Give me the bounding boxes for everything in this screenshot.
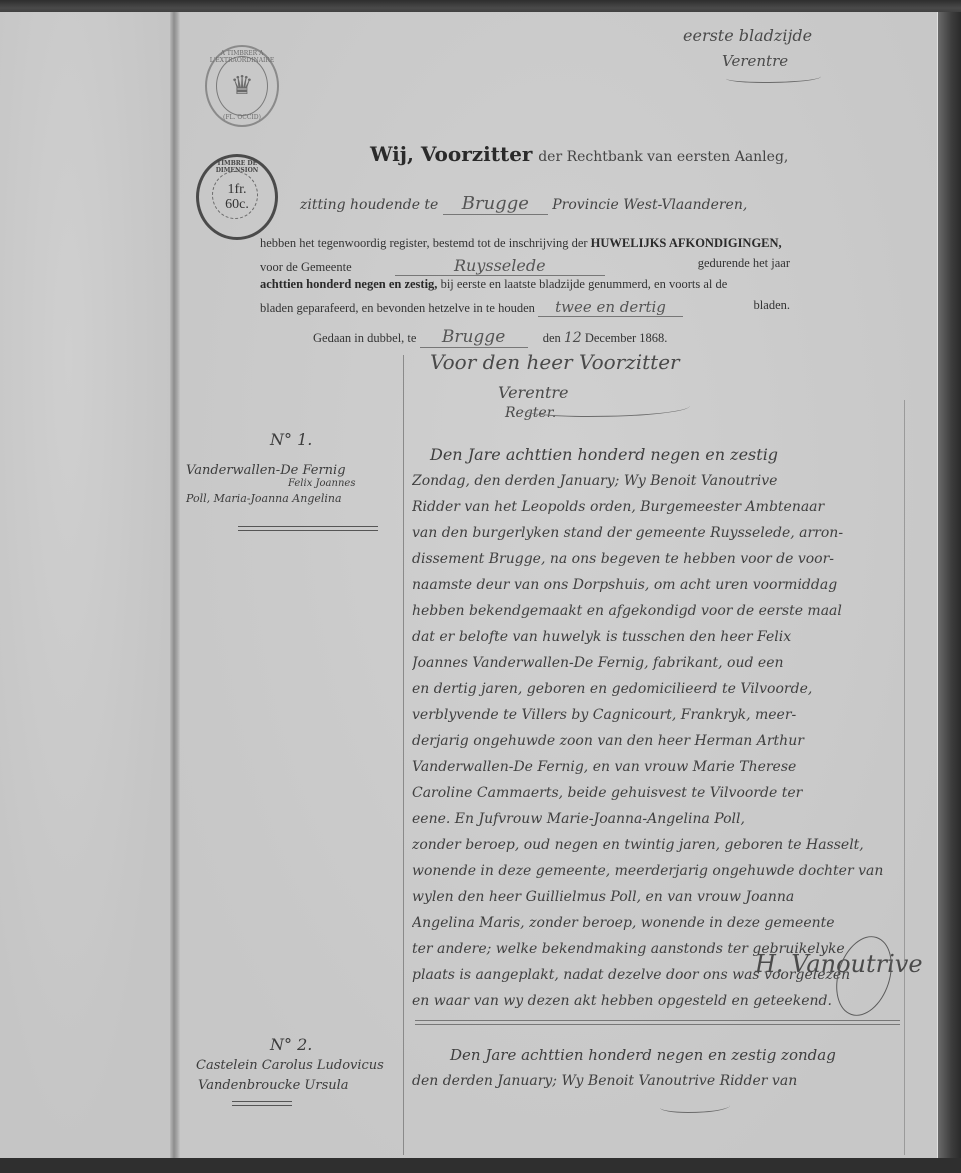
- gemeente-fill: Ruysselede: [395, 256, 605, 276]
- court-prefix: zitting houdende te: [300, 197, 438, 213]
- top-note-page-label: eerste bladzijde: [683, 26, 812, 45]
- entry-1-margin-underline: [238, 526, 378, 531]
- register-type-bold: HUWELIJKS AFKONDIGINGEN,: [591, 236, 782, 250]
- title-bold: Wij, Voorzitter: [370, 142, 532, 166]
- pages-text: bladen geparafeerd, en bevonden hetzelve…: [260, 301, 535, 315]
- entry-line: dat er belofte van huwelyk is tusschen d…: [412, 624, 902, 650]
- entry-line: Joannes Vanderwallen-De Fernig, fabrikan…: [412, 650, 902, 676]
- done-text: Gedaan in dubbel, te: [313, 331, 416, 345]
- entry-2-number: N° 2.: [270, 1035, 312, 1054]
- certificate-line-register: hebben het tegenwoordig register, bestem…: [260, 236, 782, 251]
- entry-1-text: Den Jare achttien honderd negen en zesti…: [412, 442, 902, 1014]
- entry-line: verblyvende te Villers by Cagnicourt, Fr…: [412, 702, 902, 728]
- date-text: December 1868.: [585, 331, 668, 345]
- entry-line: Angelina Maris, zonder beroep, wonende i…: [412, 910, 902, 936]
- stamp-value-centimes: 60c.: [225, 197, 249, 212]
- entry-line: Den Jare achttien honderd negen en zesti…: [412, 442, 902, 468]
- entry-1-groom-given: Felix Joannes: [288, 478, 355, 489]
- entry-line: Zondag, den derden January; Wy Benoit Va…: [412, 468, 902, 494]
- entry-line: van den burgerlyken stand der gemeente R…: [412, 520, 902, 546]
- entry-line: naamste deur van ons Dorpshuis, om acht …: [412, 572, 902, 598]
- entry-1-groom-surname: Vanderwallen-De Fernig: [186, 463, 346, 478]
- certificate-line-done: Gedaan in dubbel, te Brugge den 12 Decem…: [313, 327, 667, 348]
- top-note-signature: Verentre: [722, 52, 788, 70]
- entry-line: en dertig jaren, geboren en gedomiciliee…: [412, 676, 902, 702]
- entry-line: den derden January; Wy Benoit Vanoutrive…: [412, 1068, 902, 1094]
- entry-line: Caroline Cammaerts, beide gehuisvest te …: [412, 780, 902, 806]
- stamp-inner-ring: [216, 56, 268, 116]
- entry-2-bride-name: Vandenbroucke Ursula: [198, 1078, 349, 1093]
- book-gutter: [170, 12, 180, 1160]
- book-edge-right: [938, 12, 961, 1162]
- year-bold: achttien honderd negen en zestig,: [260, 277, 437, 291]
- entry-divider: [415, 1020, 900, 1025]
- entry-line: en waar van wy dezen akt hebben opgestel…: [412, 988, 902, 1014]
- signature-on-behalf: Voor den heer Voorzitter: [430, 350, 680, 374]
- entry-line: Vanderwallen-De Fernig, en van vrouw Mar…: [412, 754, 902, 780]
- stamp-region-text: (FL. OCCID): [207, 114, 277, 121]
- entry-line: wylen den heer Guillielmus Poll, en van …: [412, 884, 902, 910]
- extraordinary-tax-stamp: A TIMBRER A L'EXTRAORDINAIRE ♛ (FL. OCCI…: [205, 45, 279, 127]
- stamp-value-francs: 1fr.: [225, 182, 249, 197]
- gemeente-label: voor de Gemeente: [260, 260, 352, 274]
- title-rest: der Rechtbank van eersten Aanleg,: [538, 149, 788, 165]
- certificate-line-pages: bladen geparafeerd, en bevonden hetzelve…: [260, 298, 790, 317]
- certificate-line-year: achttien honderd negen en zestig, bij ee…: [260, 277, 727, 292]
- register-text: hebben het tegenwoordig register, bestem…: [260, 236, 588, 250]
- year-label: gedurende het jaar: [698, 256, 790, 271]
- done-city-fill: Brugge: [420, 327, 528, 348]
- entry-1-number: N° 1.: [270, 430, 312, 449]
- margin-rule: [403, 355, 404, 1155]
- entry-line: wonende in deze gemeente, meerderjarig o…: [412, 858, 902, 884]
- numbering-text: bij eerste en laatste bladzijde genummer…: [441, 277, 728, 291]
- stamp-ring-text: A TIMBRER A L'EXTRAORDINAIRE: [207, 50, 277, 64]
- certificate-title: Wij, Voorzitter der Rechtbank van eerste…: [370, 142, 788, 166]
- entry-line: derjarig ongehuwde zoon van den heer Her…: [412, 728, 902, 754]
- entry-2-groom-name: Castelein Carolus Ludovicus: [196, 1058, 384, 1073]
- entry-line: Den Jare achttien honderd negen en zesti…: [412, 1042, 902, 1068]
- entry-line: zonder beroep, oud negen en twintig jare…: [412, 832, 902, 858]
- entry-1-bride-name: Poll, Maria-Joanna Angelina: [186, 492, 342, 505]
- entry-line: Ridder van het Leopolds orden, Burgemees…: [412, 494, 902, 520]
- dimension-tax-stamp: TIMBRE DE DIMENSION 1fr. 60c.: [196, 154, 278, 240]
- entry-2-margin-underline: [232, 1101, 292, 1106]
- page-count-fill: twee en dertig: [538, 298, 683, 317]
- stamp-value: 1fr. 60c.: [225, 182, 249, 212]
- certificate-line-gemeente: voor de Gemeente Ruysselede gedurende he…: [260, 256, 790, 276]
- province-text: Provincie West-Vlaanderen,: [552, 197, 747, 213]
- left-page-blank: [0, 12, 172, 1160]
- stamp-ring-text: TIMBRE DE DIMENSION: [199, 160, 275, 174]
- pages-suffix: bladen.: [754, 298, 790, 313]
- day-fill: 12: [564, 330, 582, 346]
- entry-line: hebben bekendgemaakt en afgekondigd voor…: [412, 598, 902, 624]
- right-margin-rule: [904, 400, 905, 1155]
- court-city-fill: Brugge: [443, 193, 548, 215]
- certificate-line-court: zitting houdende te Brugge Provincie Wes…: [300, 193, 747, 215]
- entry-line: dissement Brugge, na ons begeven te hebb…: [412, 546, 902, 572]
- entry-2-text: Den Jare achttien honderd negen en zesti…: [412, 1042, 902, 1094]
- entry-line: eene. En Jufvrouw Marie-Joanna-Angelina …: [412, 806, 902, 832]
- den-text: den: [543, 331, 561, 345]
- book-edge-bottom: [0, 1158, 961, 1173]
